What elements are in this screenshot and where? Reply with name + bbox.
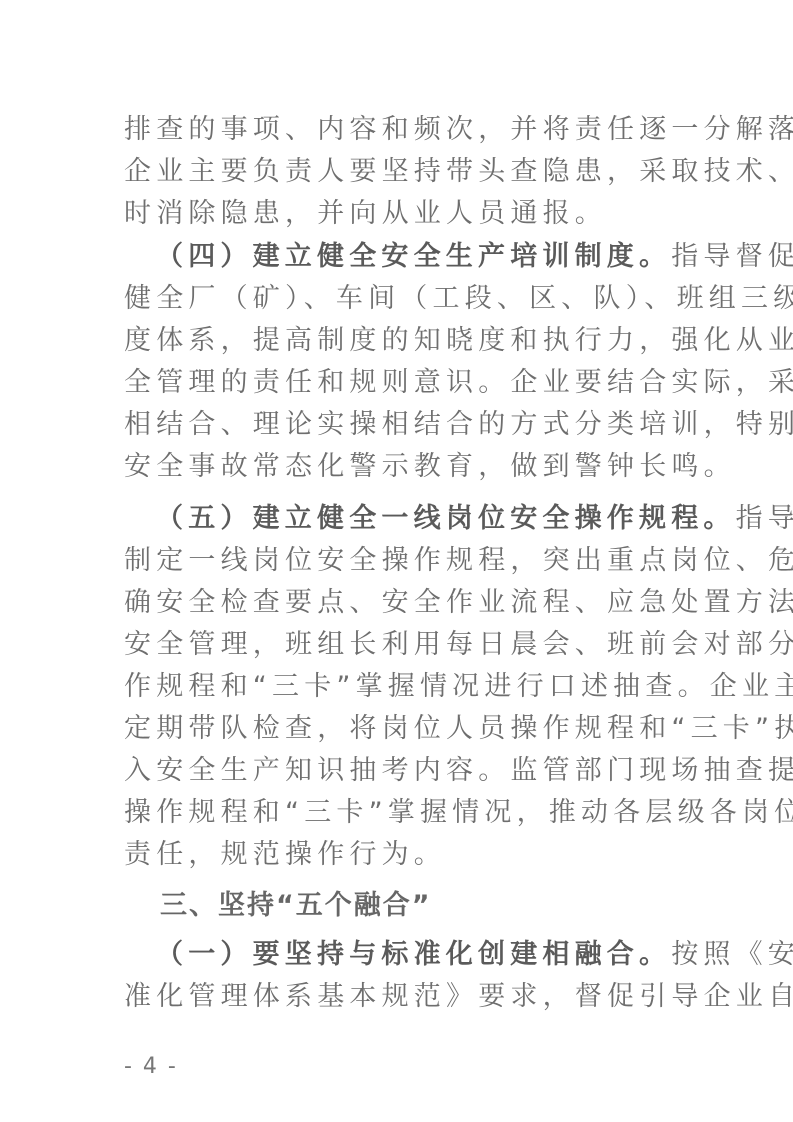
text-line: 作规程和“三卡”掌握情况进行口述抽查。企业主要负责人 bbox=[124, 672, 680, 702]
text-line: 全管理的责任和规则意识。企业要结合实际，采取线上线下 bbox=[124, 368, 680, 398]
paragraph-lead-heading: （四）建立健全安全生产培训制度。 bbox=[156, 241, 671, 272]
text-line: 排查的事项、内容和频次，并将责任逐一分解落实到岗到人。 bbox=[124, 115, 680, 145]
paragraph-text: 指导督促企业建立 bbox=[671, 241, 793, 272]
text-line: 健全厂（矿）、车间（工段、区、队）、班组三级安全培训制 bbox=[124, 284, 680, 314]
text-line: 企业主要负责人要坚持带头查隐患，采取技术、管理措施及 bbox=[124, 157, 680, 187]
page-number: - 4 - bbox=[124, 1054, 178, 1079]
text-line: 操作规程和“三卡”掌握情况，推动各层级各岗位落实安全 bbox=[124, 798, 680, 828]
text-line-first: （五）建立健全一线岗位安全操作规程。指导督促企业 bbox=[156, 504, 712, 534]
text-line: 安全事故常态化警示教育，做到警钟长鸣。 bbox=[124, 452, 680, 482]
text-line: 责任，规范操作行为。 bbox=[124, 840, 680, 870]
paragraph-lead-heading: （五）建立健全一线岗位安全操作规程。 bbox=[156, 503, 736, 534]
document-page: 排查的事项、内容和频次，并将责任逐一分解落实到岗到人。 企业主要负责人要坚持带头… bbox=[0, 0, 793, 1122]
text-line: 入安全生产知识抽考内容。监管部门现场抽查提问岗位人员 bbox=[124, 756, 680, 786]
text-line: 制定一线岗位安全操作规程，突出重点岗位、危险岗位，明 bbox=[124, 546, 680, 576]
text-line-first: （一）要坚持与标准化创建相融合。按照《安全生产标 bbox=[156, 940, 712, 970]
text-line: 准化管理体系基本规范》要求，督促引导企业自主开展标准 bbox=[124, 982, 680, 1012]
text-line: 安全管理，班组长利用每日晨会、班前会对部分员工岗位操 bbox=[124, 630, 680, 660]
section-heading: 三、坚持“五个融合” bbox=[160, 891, 716, 921]
text-line: 相结合、理论实操相结合的方式分类培训，特别要加强生产 bbox=[124, 410, 680, 440]
text-line: 度体系，提高制度的知晓度和执行力，强化从业人员参与安 bbox=[124, 326, 680, 356]
text-line: 定期带队检查，将岗位人员操作规程和“三卡”执行情况纳 bbox=[124, 714, 680, 744]
paragraph-text: 按照《安全生产标 bbox=[671, 939, 793, 970]
paragraph-text: 指导督促企业 bbox=[736, 503, 793, 534]
paragraph-lead-heading: （一）要坚持与标准化创建相融合。 bbox=[156, 939, 671, 970]
text-line-first: （四）建立健全安全生产培训制度。指导督促企业建立 bbox=[156, 242, 712, 272]
text-line: 时消除隐患，并向从业人员通报。 bbox=[124, 199, 680, 229]
text-line: 确安全检查要点、安全作业流程、应急处置方法。强化班组 bbox=[124, 588, 680, 618]
